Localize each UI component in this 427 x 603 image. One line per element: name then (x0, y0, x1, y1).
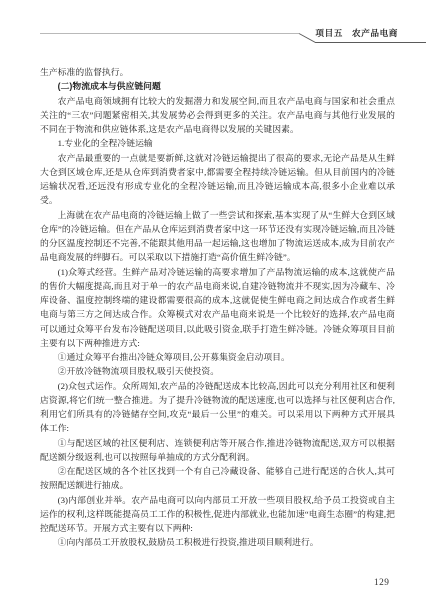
list-item: ②在配送区域的各个社区找到一个有自己冷藏设备、能够自己进行配送的合伙人,其可按照… (40, 464, 395, 493)
paragraph: (3)内部创业并举。农产品电商可以向内部员工开放一些项目股权,给予员工投资或自主… (40, 493, 395, 536)
list-item: ①通过众筹平台推出冷链众筹项目,公开募集资金启动项目。 (40, 350, 395, 364)
chapter-label: 项目五 (315, 27, 343, 39)
chapter-title: 农产品电商 (352, 27, 398, 39)
list-item: ①向内部员工开放股权,鼓励员工积极进行投资,推进项目顺利进行。 (40, 535, 395, 549)
header-tab-rule (0, 0, 427, 50)
running-head: 项目五 农产品电商 (315, 27, 398, 39)
paragraph: 农产品最重要的一点就是要新鲜,这就对冷链运输提出了很高的要求,无论产品是从生鲜大… (40, 151, 395, 208)
paragraph-continued: 生产标准的监督执行。 (40, 65, 395, 79)
section-heading: (二)物流成本与供应链问题 (40, 79, 395, 93)
list-item: ①与配送区域的社区便利店、连锁便利店等开展合作,推进冷链物流配送,双方可以根据配… (40, 436, 395, 465)
subsection-heading: 1.专业化的全程冷链运输 (40, 136, 395, 150)
page-number: 129 (374, 578, 389, 588)
paragraph: 上海就在农产品电商的冷链运输上做了一些尝试和探索,基本实现了从“生鲜大仓到区域仓… (40, 208, 395, 265)
paragraph: (2)众包式运作。众所周知,农产品的冷链配送成本比较高,因此可以充分利用社区和便… (40, 379, 395, 436)
paragraph: 农产品电商领域拥有比较大的发掘潜力和发展空间,而且农产品电商与国家和社会重点关注… (40, 94, 395, 137)
list-item: ②开放冷链物流项目股权,吸引天使投资。 (40, 364, 395, 378)
book-page: 项目五 农产品电商 生产标准的监督执行。 (二)物流成本与供应链问题 农产品电商… (0, 0, 427, 603)
paragraph: (1)众筹式经营。生鲜产品对冷链运输的高要求增加了产品物流运输的成本,这就使产品… (40, 265, 395, 351)
page-body: 生产标准的监督执行。 (二)物流成本与供应链问题 农产品电商领域拥有比较大的发掘… (40, 65, 395, 550)
